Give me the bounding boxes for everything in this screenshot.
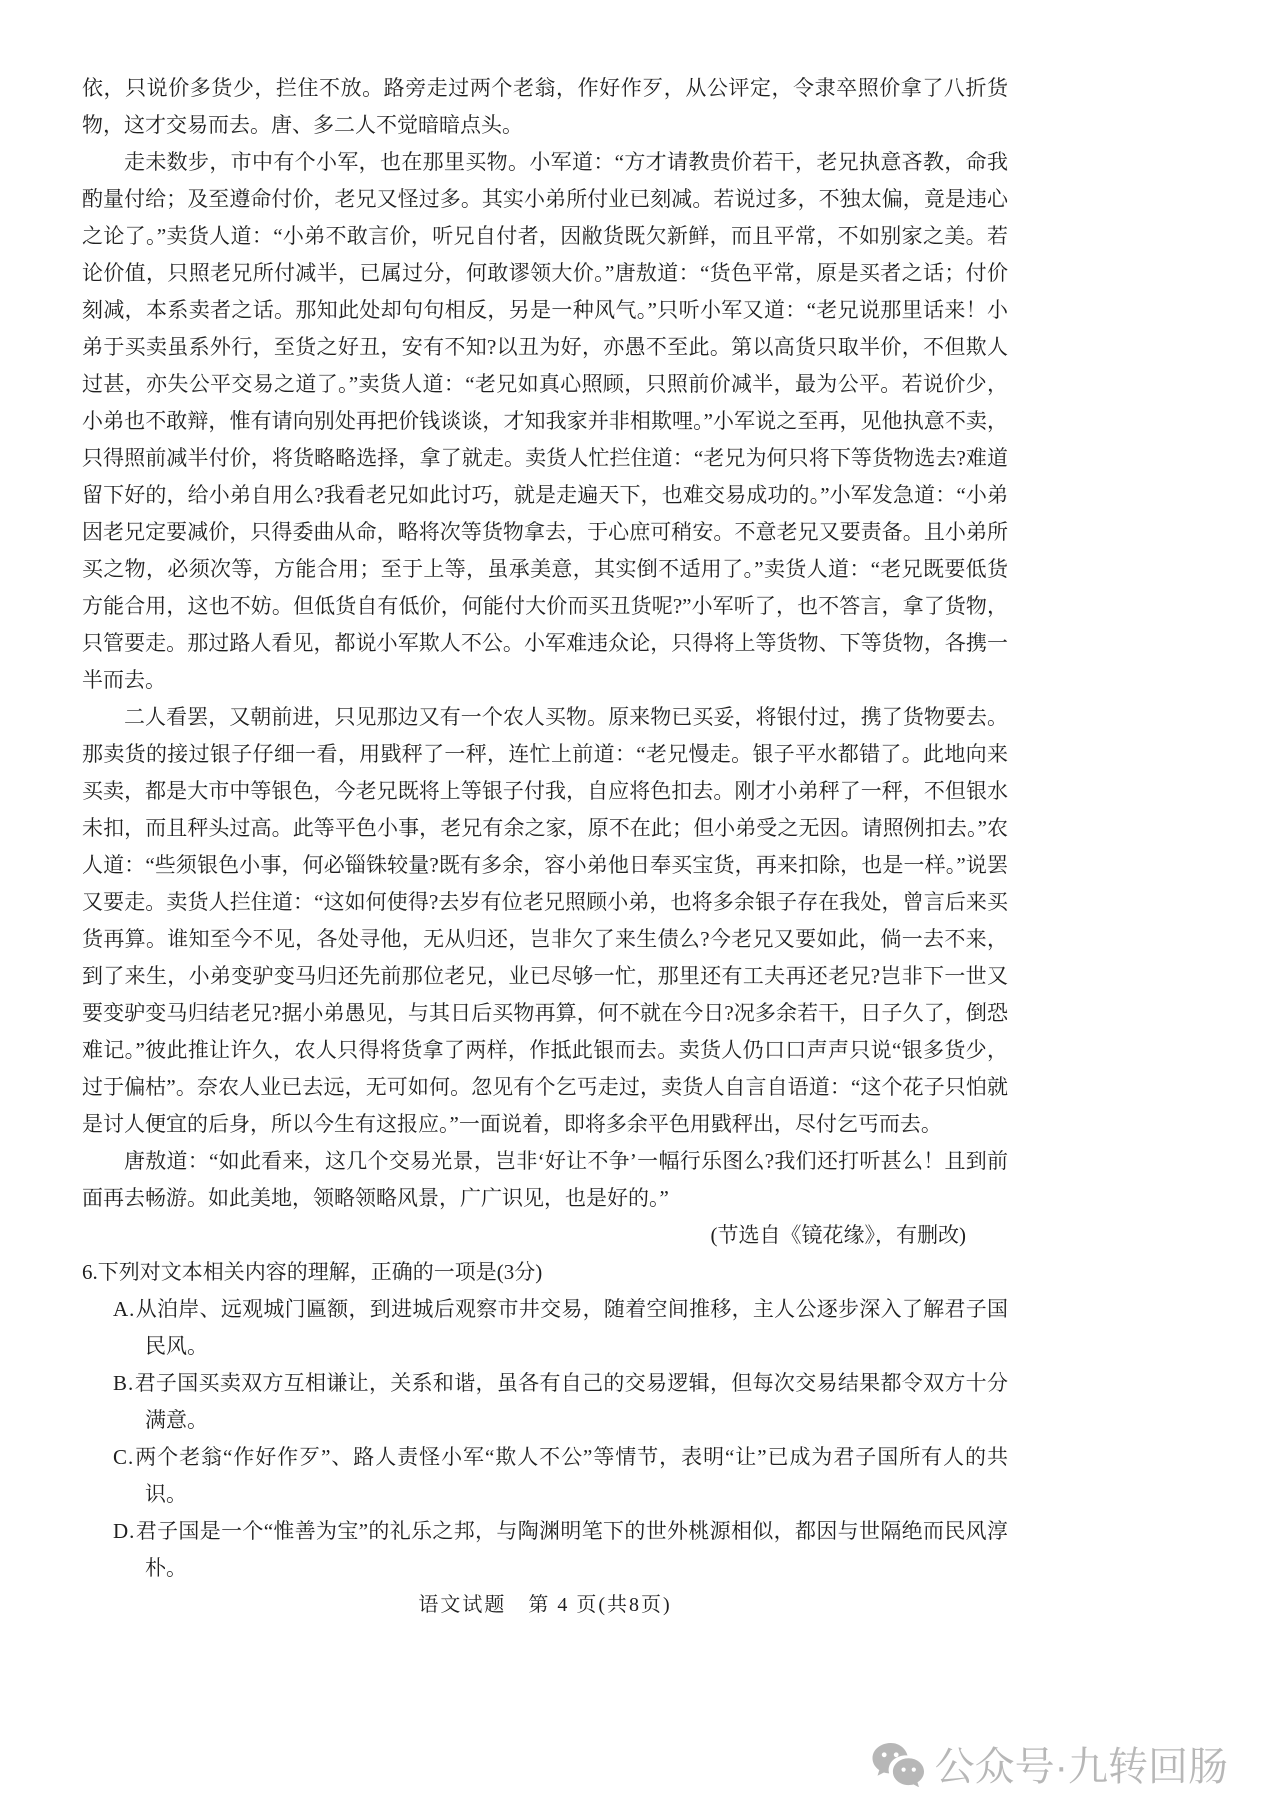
option-c-text: 两个老翁“作好作歹”、路人责怪小军“欺人不公”等情节，表明“让”已成为君子国所有… <box>134 1445 1008 1506</box>
option-d-text: 君子国是一个“惟善为宝”的礼乐之邦，与陶渊明笔下的世外桃源相似，都因与世隔绝而民… <box>135 1519 1008 1580</box>
watermark-text: 公众号·九转回肠 <box>935 1735 1228 1792</box>
passage-paragraph: 走未数步，市中有个小军，也在那里买物。小军道：“方才请教贵价若干，老兄执意吝教，… <box>82 144 1008 699</box>
passage-attribution: (节选自《镜花缘》，有删改) <box>82 1217 1008 1254</box>
option-a-label: A. <box>113 1297 135 1321</box>
option-c-label: C. <box>113 1445 134 1469</box>
option-c: C.两个老翁“作好作歹”、路人责怪小军“欺人不公”等情节，表明“让”已成为君子国… <box>145 1439 1008 1513</box>
page-content: 依，只说价多货少，拦住不放。路旁走过两个老翁，作好作歹，从公评定，令隶卒照价拿了… <box>82 70 1008 1624</box>
passage-paragraph: 二人看罢，又朝前进，只见那边又有一个农人买物。原来物已买妥，将银付过，携了货物要… <box>82 699 1008 1143</box>
wechat-icon <box>871 1741 925 1787</box>
option-d-label: D. <box>113 1519 135 1543</box>
option-b-label: B. <box>113 1371 134 1395</box>
option-d: D.君子国是一个“惟善为宝”的礼乐之邦，与陶渊明笔下的世外桃源相似，都因与世隔绝… <box>145 1513 1008 1587</box>
question-stem: 6.下列对文本相关内容的理解，正确的一项是(3分) <box>82 1254 1008 1291</box>
exam-page: 依，只说价多货少，拦住不放。路旁走过两个老翁，作好作歹，从公评定，令隶卒照价拿了… <box>0 0 1280 1810</box>
watermark: 公众号·九转回肠 <box>871 1735 1228 1792</box>
page-footer: 语文试题 第 4 页(共8页) <box>82 1587 1008 1624</box>
passage-paragraph: 依，只说价多货少，拦住不放。路旁走过两个老翁，作好作歹，从公评定，令隶卒照价拿了… <box>82 70 1008 144</box>
option-a-text: 从泊岸、远观城门匾额，到进城后观察市井交易，随着空间推移，主人公逐步深入了解君子… <box>135 1297 1008 1358</box>
option-a: A.从泊岸、远观城门匾额，到进城后观察市井交易，随着空间推移，主人公逐步深入了解… <box>145 1291 1008 1365</box>
passage-paragraph: 唐敖道：“如此看来，这几个交易光景，岂非‘好让不争’一幅行乐图么?我们还打听甚么… <box>82 1143 1008 1217</box>
option-b: B.君子国买卖双方互相谦让，关系和谐，虽各有自己的交易逻辑，但每次交易结果都令双… <box>145 1365 1008 1439</box>
option-b-text: 君子国买卖双方互相谦让，关系和谐，虽各有自己的交易逻辑，但每次交易结果都令双方十… <box>134 1371 1008 1432</box>
question-6: 6.下列对文本相关内容的理解，正确的一项是(3分) A.从泊岸、远观城门匾额，到… <box>82 1254 1008 1587</box>
